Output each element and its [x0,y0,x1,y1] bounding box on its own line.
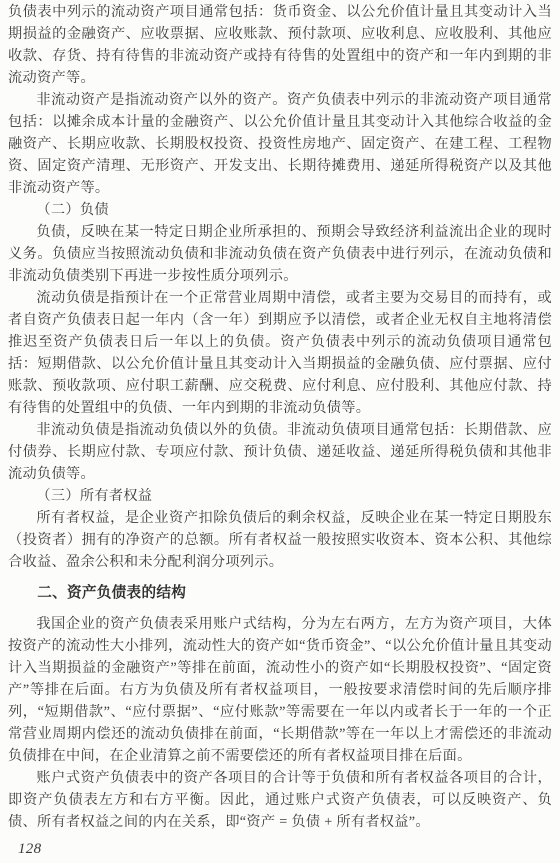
paragraph-noncurrent-liabilities: 非流动负债是指流动负债以外的负债。非流动负债项目通常包括：长期借款、应付债券、长… [8,419,552,485]
document-page: 负债表中列示的流动资产项目通常包括：货币资金、以公允价值计量且其变动计入当期损益… [0,0,560,863]
paragraph-noncurrent-assets: 非流动资产是指流动资产以外的资产。资产负债表中列示的非流动资产项目通常包括：以摊… [8,89,552,199]
subheading-liabilities: （二）负债 [8,199,552,221]
subheading-owners-equity: （三）所有者权益 [8,485,552,507]
paragraph-current-assets-continuation: 负债表中列示的流动资产项目通常包括：货币资金、以公允价值计量且其变动计入当期损益… [8,1,552,89]
paragraph-liabilities-definition: 负债，反映在某一特定日期企业所承担的、预期会导致经济利益流出企业的现时义务。负债… [8,221,552,287]
paragraph-balance-equation: 账户式资产负债表中的资产各项目的合计等于负债和所有者权益各项目的合计，即资产负债… [8,767,552,833]
paragraph-current-liabilities: 流动负债是指预计在一个正常营业周期中清偿，或者主要为交易目的而持有，或者自资产负… [8,287,552,419]
page-number: 128 [8,838,552,860]
paragraph-account-form-structure: 我国企业的资产负债表采用账户式结构，分为左右两方，左方为资产项目，大体按资产的流… [8,613,552,767]
paragraph-owners-equity: 所有者权益，是企业资产扣除负债后的剩余权益，反映企业在某一特定日期股东（投资者）… [8,507,552,573]
section-heading-balance-sheet-structure: 二、资产负债表的结构 [8,582,552,604]
